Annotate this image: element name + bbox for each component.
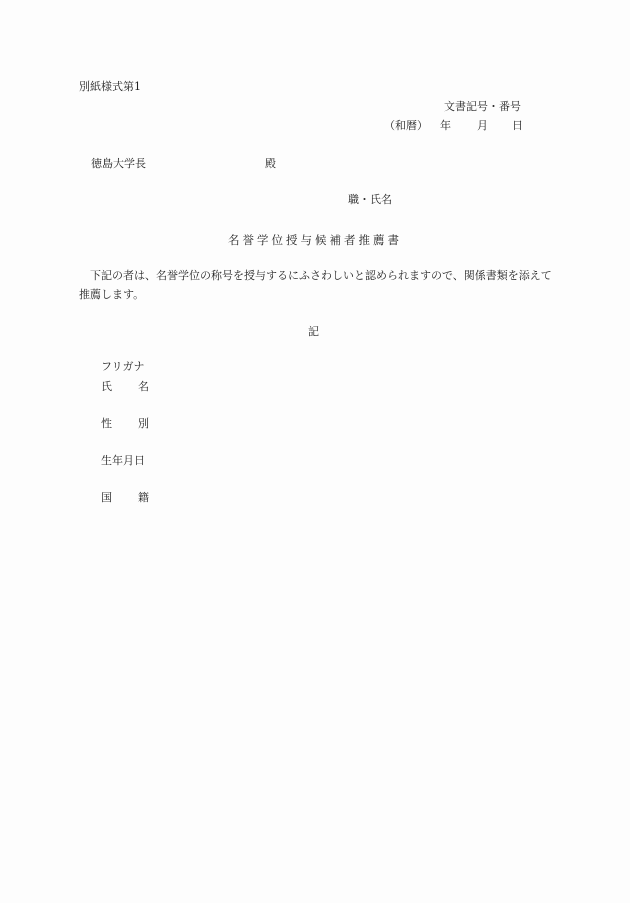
body-text: 下記の者は、名誉学位の称号を授与するにふさわしいと認められますので、関係書類を添… (79, 266, 559, 304)
name-label-b: 名 (138, 380, 149, 394)
ki-heading: 記 (308, 325, 319, 339)
furigana-label: フリガナ (101, 360, 144, 373)
date-year: 年 (440, 119, 451, 133)
field-birthdate: 生年月日 (101, 454, 145, 468)
date-era: （和暦） (384, 119, 428, 133)
sex-label-a: 性 (101, 417, 112, 431)
addressee: 徳島大学長 (91, 157, 146, 171)
field-sex: 性 別 (101, 417, 149, 431)
name-label-a: 氏 (101, 380, 112, 394)
position-name-label: 職・氏名 (348, 193, 392, 207)
birthdate-label: 生年月日 (101, 454, 145, 467)
date-day: 日 (512, 119, 523, 133)
field-name: 氏 名 (101, 380, 149, 394)
document-title: 名誉学位授与候補者推薦書 (228, 233, 402, 247)
doc-number-label: 文書記号・番号 (444, 100, 521, 114)
honorific: 殿 (265, 157, 276, 171)
nationality-label-a: 国 (101, 491, 112, 505)
nationality-label-b: 籍 (138, 491, 149, 505)
field-furigana: フリガナ (101, 360, 144, 374)
sex-label-b: 別 (138, 417, 149, 431)
form-label: 別紙様式第1 (79, 80, 141, 94)
field-nationality: 国 籍 (101, 491, 149, 505)
date-month: 月 (477, 119, 488, 133)
